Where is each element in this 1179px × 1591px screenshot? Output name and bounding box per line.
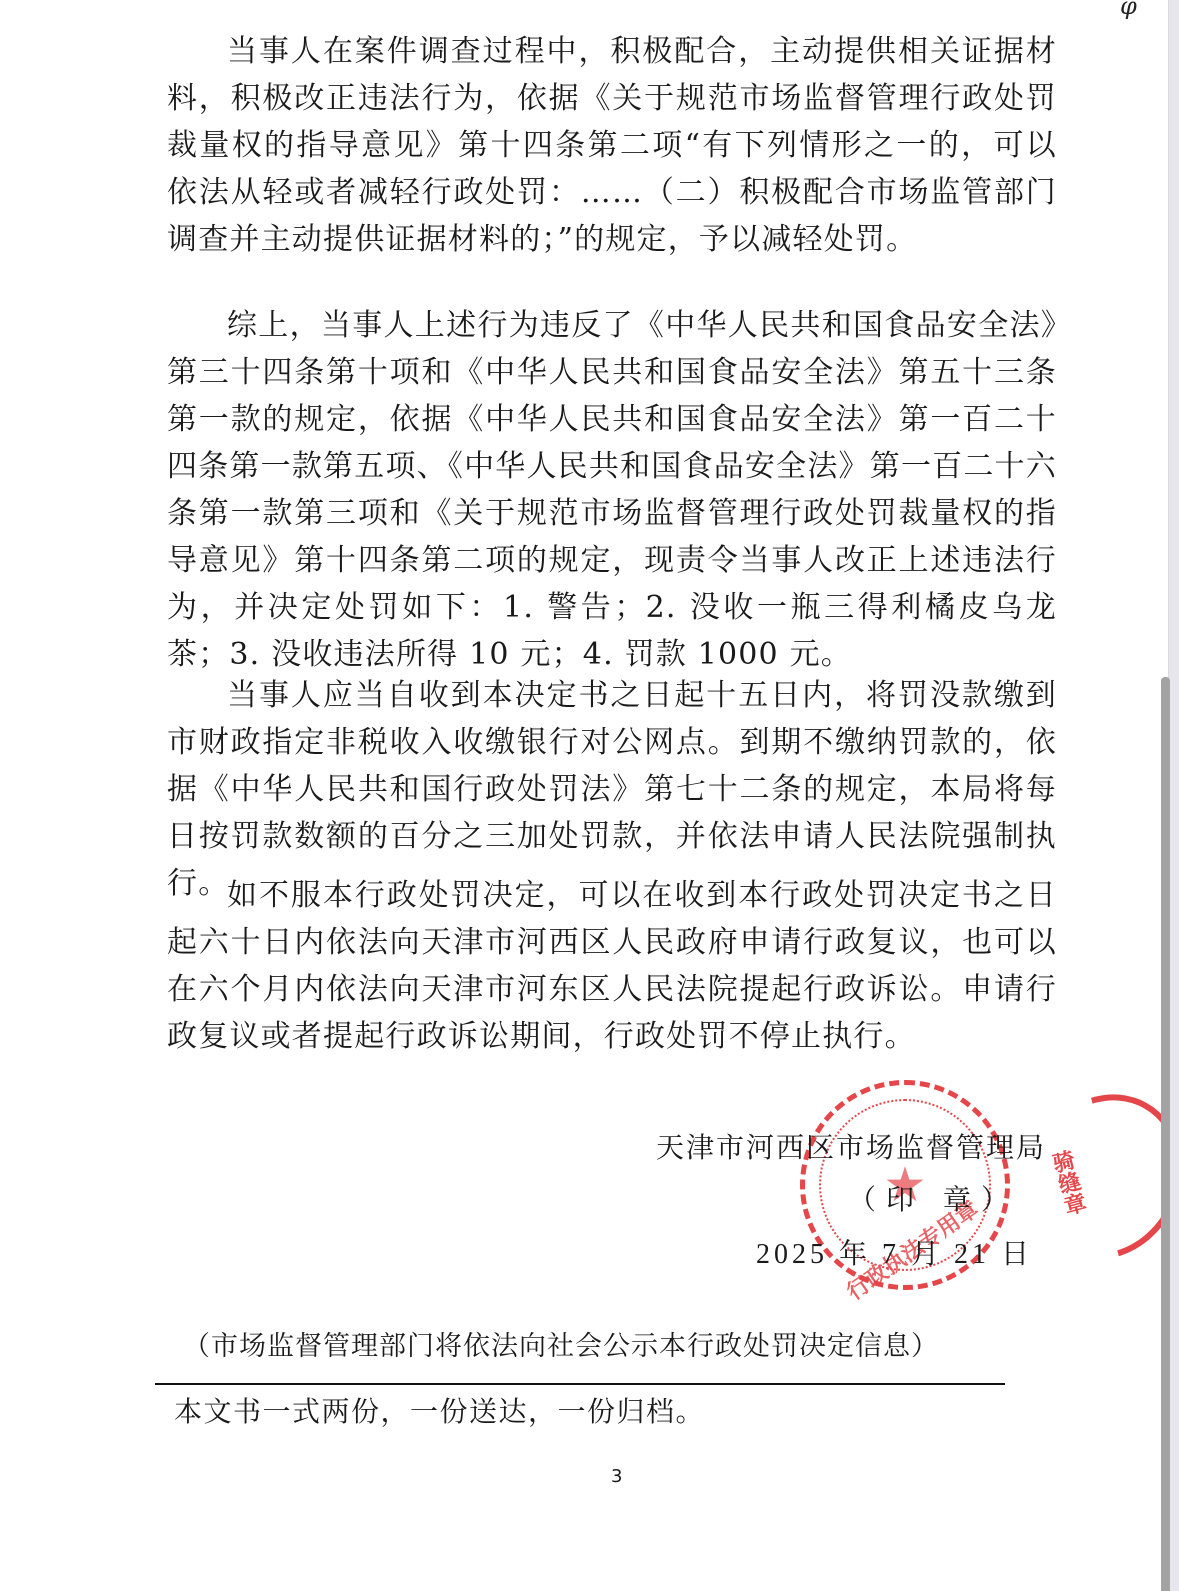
copies-note: 本文书一式两份，一份送达，一份归档。 [174, 1390, 705, 1430]
public-disclosure-notice: （市场监督管理部门将依法向社会公示本行政处罚决定信息） [183, 1324, 939, 1363]
paragraph-mitigation: 当事人在案件调查过程中，积极配合，主动提供相关证据材料，积极改正违法行为，依据《… [167, 28, 1057, 263]
handwritten-corner-mark: φ [1120, 0, 1137, 20]
paragraph-appeal-rights: 如不服本行政处罚决定，可以在收到本行政处罚决定书之日起六十日内依法向天津市河西区… [167, 872, 1057, 1060]
issue-date: 2025 年 7 月 21 日 [756, 1232, 1033, 1272]
document-page: φ 当事人在案件调查过程中，积极配合，主动提供相关证据材料，积极改正违法行为，依… [0, 0, 1146, 1591]
issuing-authority: 天津市河西区市场监督管理局 [656, 1126, 1046, 1166]
seal-label: （印 章） [848, 1178, 1019, 1218]
paragraph-penalty-decision: 综上，当事人上述行为违反了《中华人民共和国食品安全法》第三十四条第十项和《中华人… [167, 302, 1057, 678]
footer-divider [155, 1383, 1005, 1385]
scrollbar-thumb[interactable] [1161, 677, 1170, 1591]
page-number: 3 [611, 1466, 622, 1487]
